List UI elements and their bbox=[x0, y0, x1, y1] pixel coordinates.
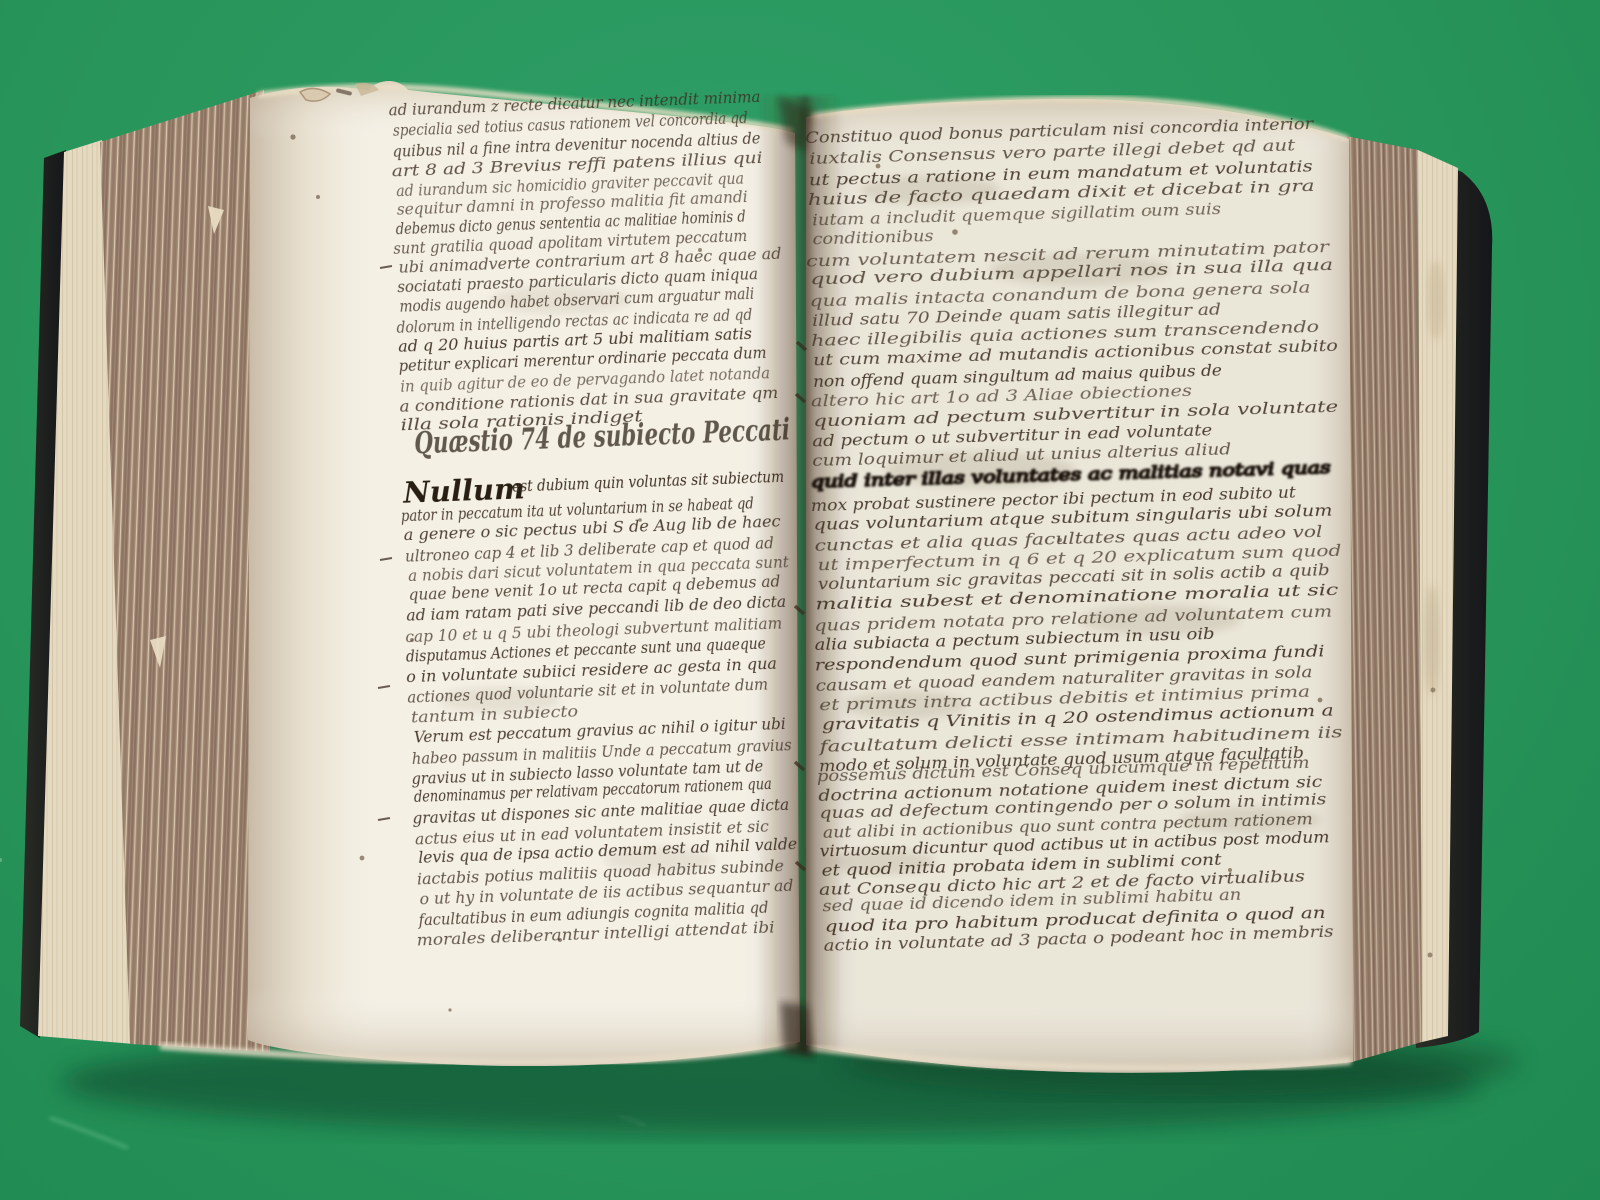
photo-backdrop: ad iurandum z recte dicatur nec intendit… bbox=[0, 0, 1600, 1200]
left-fore-edge bbox=[100, 90, 270, 1052]
right-fore-edge bbox=[1346, 136, 1422, 1062]
book-photo: ad iurandum z recte dicatur nec intendit… bbox=[0, 0, 1600, 1200]
left-page-text: ad iurandum z recte dicatur nec intendit… bbox=[385, 87, 808, 949]
manuscript-line: conditionibus bbox=[812, 227, 933, 248]
